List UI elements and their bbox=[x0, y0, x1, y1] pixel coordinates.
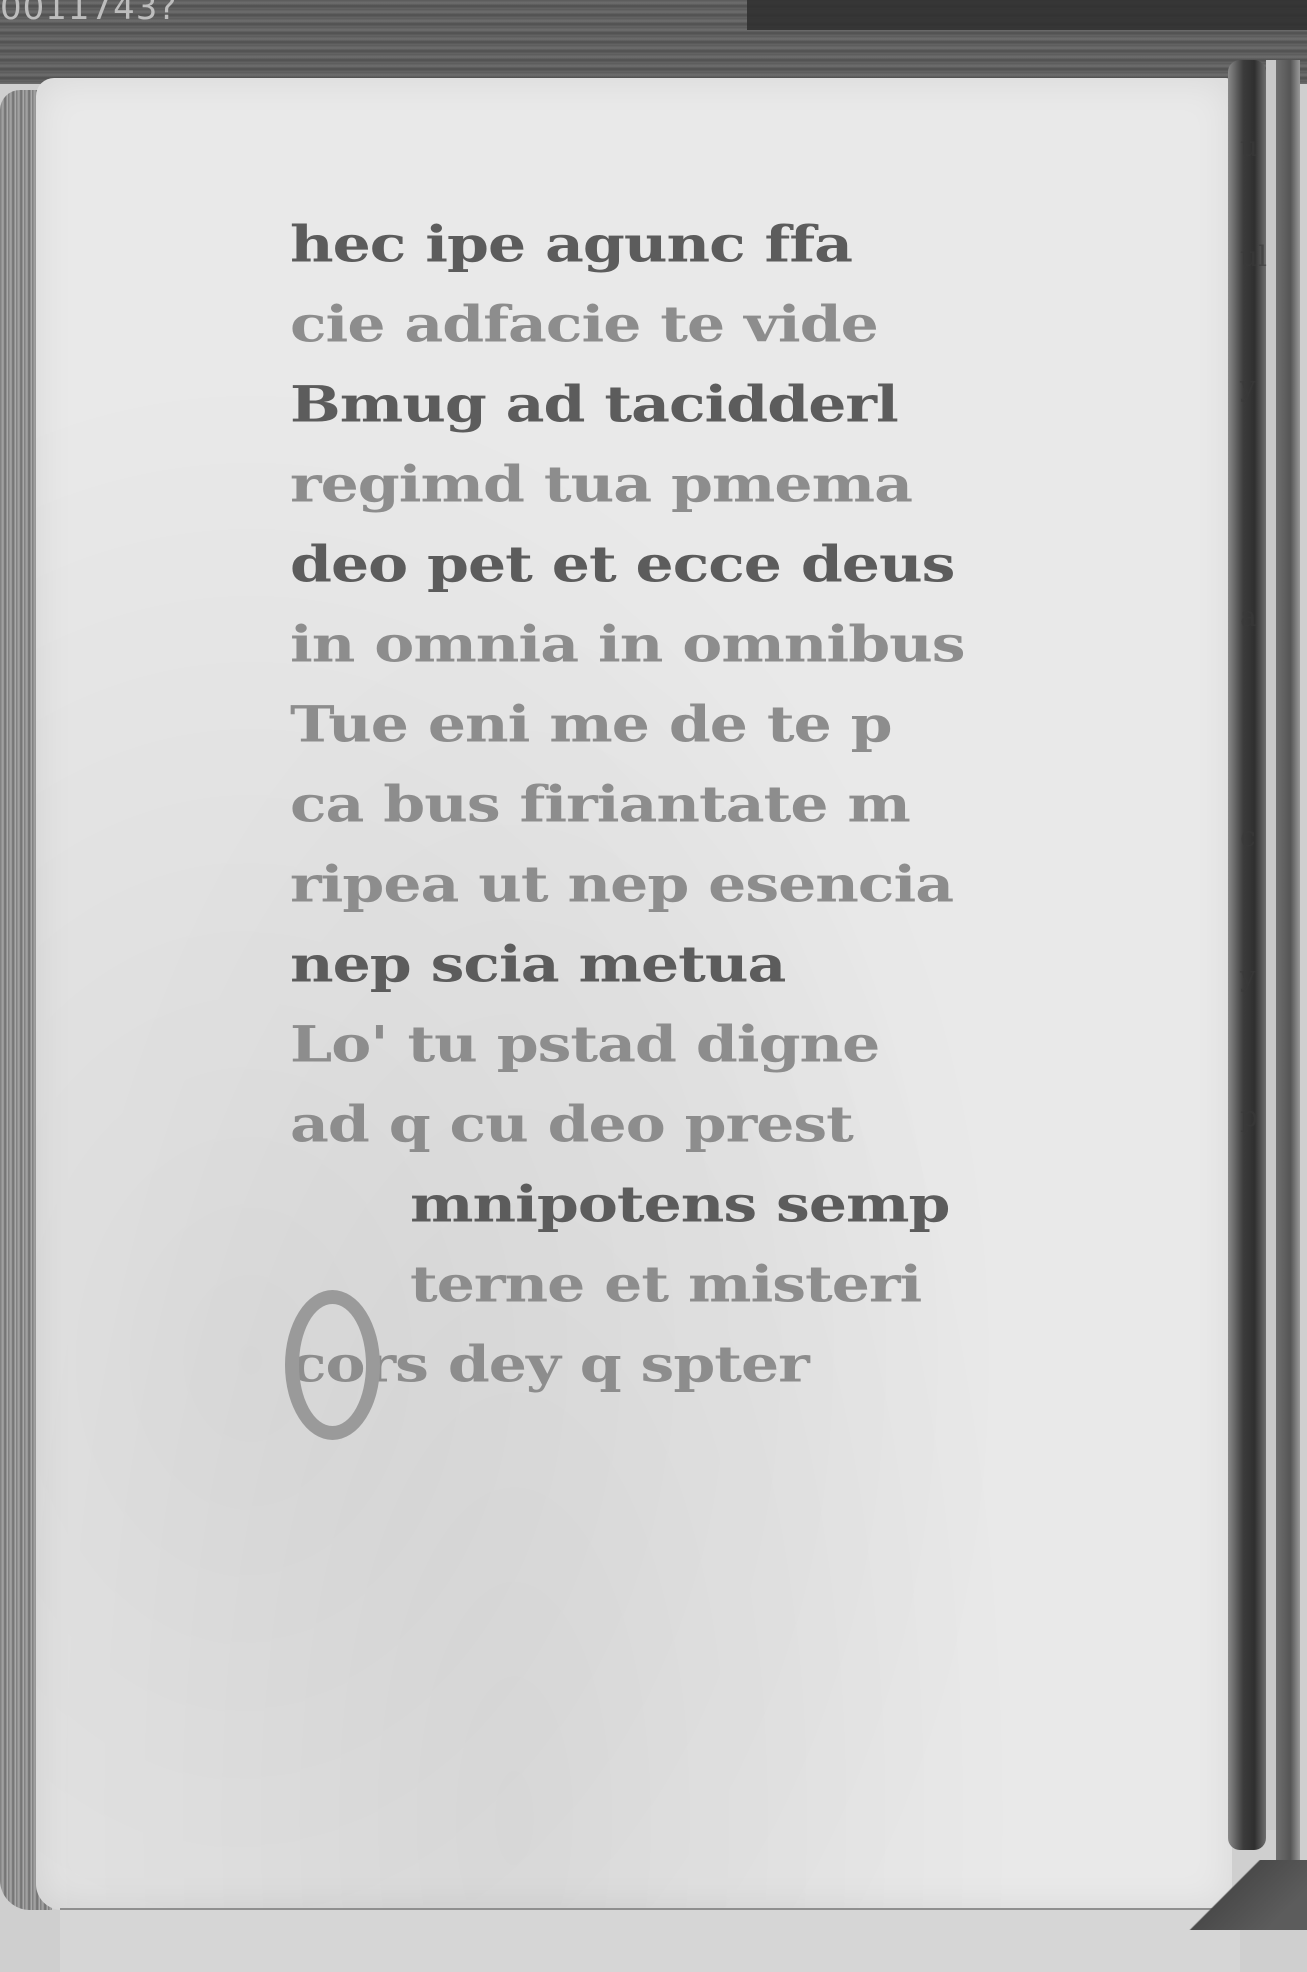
manuscript-text-block: hec ipe agunc ffa cie adfacie te vide Bm… bbox=[290, 205, 1190, 1405]
gutter-fragment: y bbox=[1240, 960, 1270, 993]
gutter-shadow bbox=[1228, 60, 1266, 1850]
binding-corner bbox=[1180, 1860, 1307, 1930]
gutter-fragment: y bbox=[1240, 370, 1270, 403]
film-frame-label: 0011743? bbox=[0, 0, 177, 28]
text-line: ca bus firiantate m bbox=[290, 772, 1190, 838]
text-line: cors dey q spter bbox=[290, 1332, 1190, 1398]
text-line: ripea ut nep esencia bbox=[290, 852, 1190, 918]
text-line: regimd tua pmema bbox=[290, 452, 1190, 518]
gutter-fragment: a bbox=[1240, 600, 1270, 633]
text-line: in omnia in omnibus bbox=[290, 612, 1190, 678]
text-line: hec ipe agunc ffa bbox=[290, 212, 1190, 278]
gutter-highlight bbox=[1266, 60, 1276, 1830]
book-bottom-edge bbox=[60, 1908, 1240, 1972]
text-line: nep scia metua bbox=[290, 932, 1190, 998]
text-line: Lo' tu pstad digne bbox=[290, 1012, 1190, 1078]
gutter-fragment: c bbox=[1240, 820, 1270, 853]
facing-page-edge bbox=[1276, 60, 1300, 1860]
text-line: deo pet et ecce deus bbox=[290, 532, 1190, 598]
text-line: mnipotens semp bbox=[290, 1172, 1190, 1238]
gutter-fragment: p bbox=[1240, 1100, 1270, 1133]
text-line: Bmug ad tacidderl bbox=[290, 372, 1190, 438]
text-line: Tue eni me de te p bbox=[290, 692, 1190, 758]
gutter-fragment: u bbox=[1240, 130, 1270, 163]
gutter-fragment: ul bbox=[1240, 240, 1270, 273]
text-line: cie adfacie te vide bbox=[290, 292, 1190, 358]
binding-shadow bbox=[747, 0, 1307, 30]
decorated-initial-o: O bbox=[285, 1290, 380, 1440]
text-line: ad q cu deo prest bbox=[290, 1092, 1190, 1158]
scan-frame: 0011743? u ul y a c y p hec ipe agunc ff… bbox=[0, 0, 1307, 1972]
text-line: terne et misteri bbox=[290, 1252, 1190, 1318]
